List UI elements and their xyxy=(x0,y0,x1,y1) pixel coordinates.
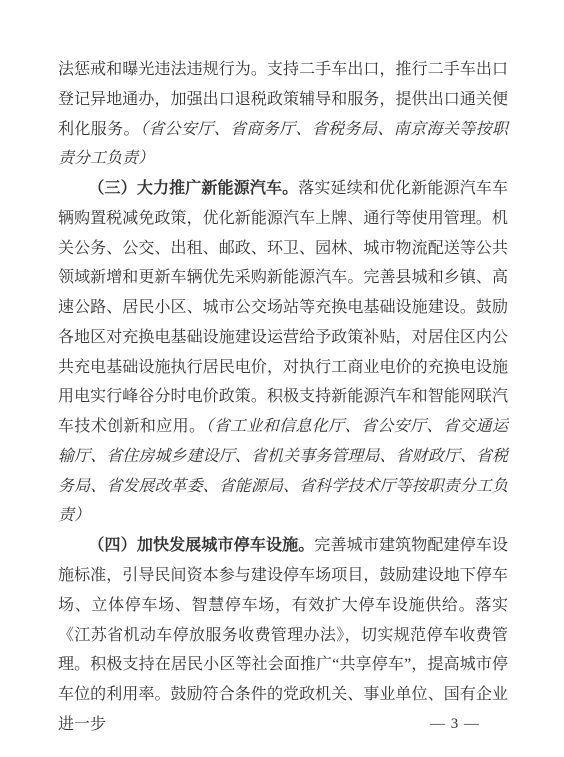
body-text: 完善城市建筑物配建停车设施标准，引导民间资本参与建设停车场项目，鼓励建设地下停车… xyxy=(58,537,508,733)
document-page: 法惩戒和曝光违法违规行为。支持二手车出口，推行二手车出口登记异地通办，加强出口退… xyxy=(0,0,564,757)
section-3-heading: （三）大力推广新能源汽车。 xyxy=(88,180,298,197)
page-number: — 3 — xyxy=(430,713,480,735)
paragraph-section-3: （三）大力推广新能源汽车。落实延续和优化新能源汽车车辆购置税减免政策，优化新能源… xyxy=(58,174,508,531)
paragraph-section-4: （四）加快发展城市停车设施。完善城市建筑物配建停车设施标准，引导民间资本参与建设… xyxy=(58,531,508,739)
document-body: 法惩戒和曝光违法违规行为。支持二手车出口，推行二手车出口登记异地通办，加强出口退… xyxy=(58,55,508,740)
body-text: 落实延续和优化新能源汽车车辆购置税减免政策，优化新能源汽车上牌、通行等使用管理。… xyxy=(58,180,508,435)
section-4-heading: （四）加快发展城市停车设施。 xyxy=(88,537,314,554)
paragraph-used-car-export: 法惩戒和曝光违法违规行为。支持二手车出口，推行二手车出口登记异地通办，加强出口退… xyxy=(58,55,508,174)
